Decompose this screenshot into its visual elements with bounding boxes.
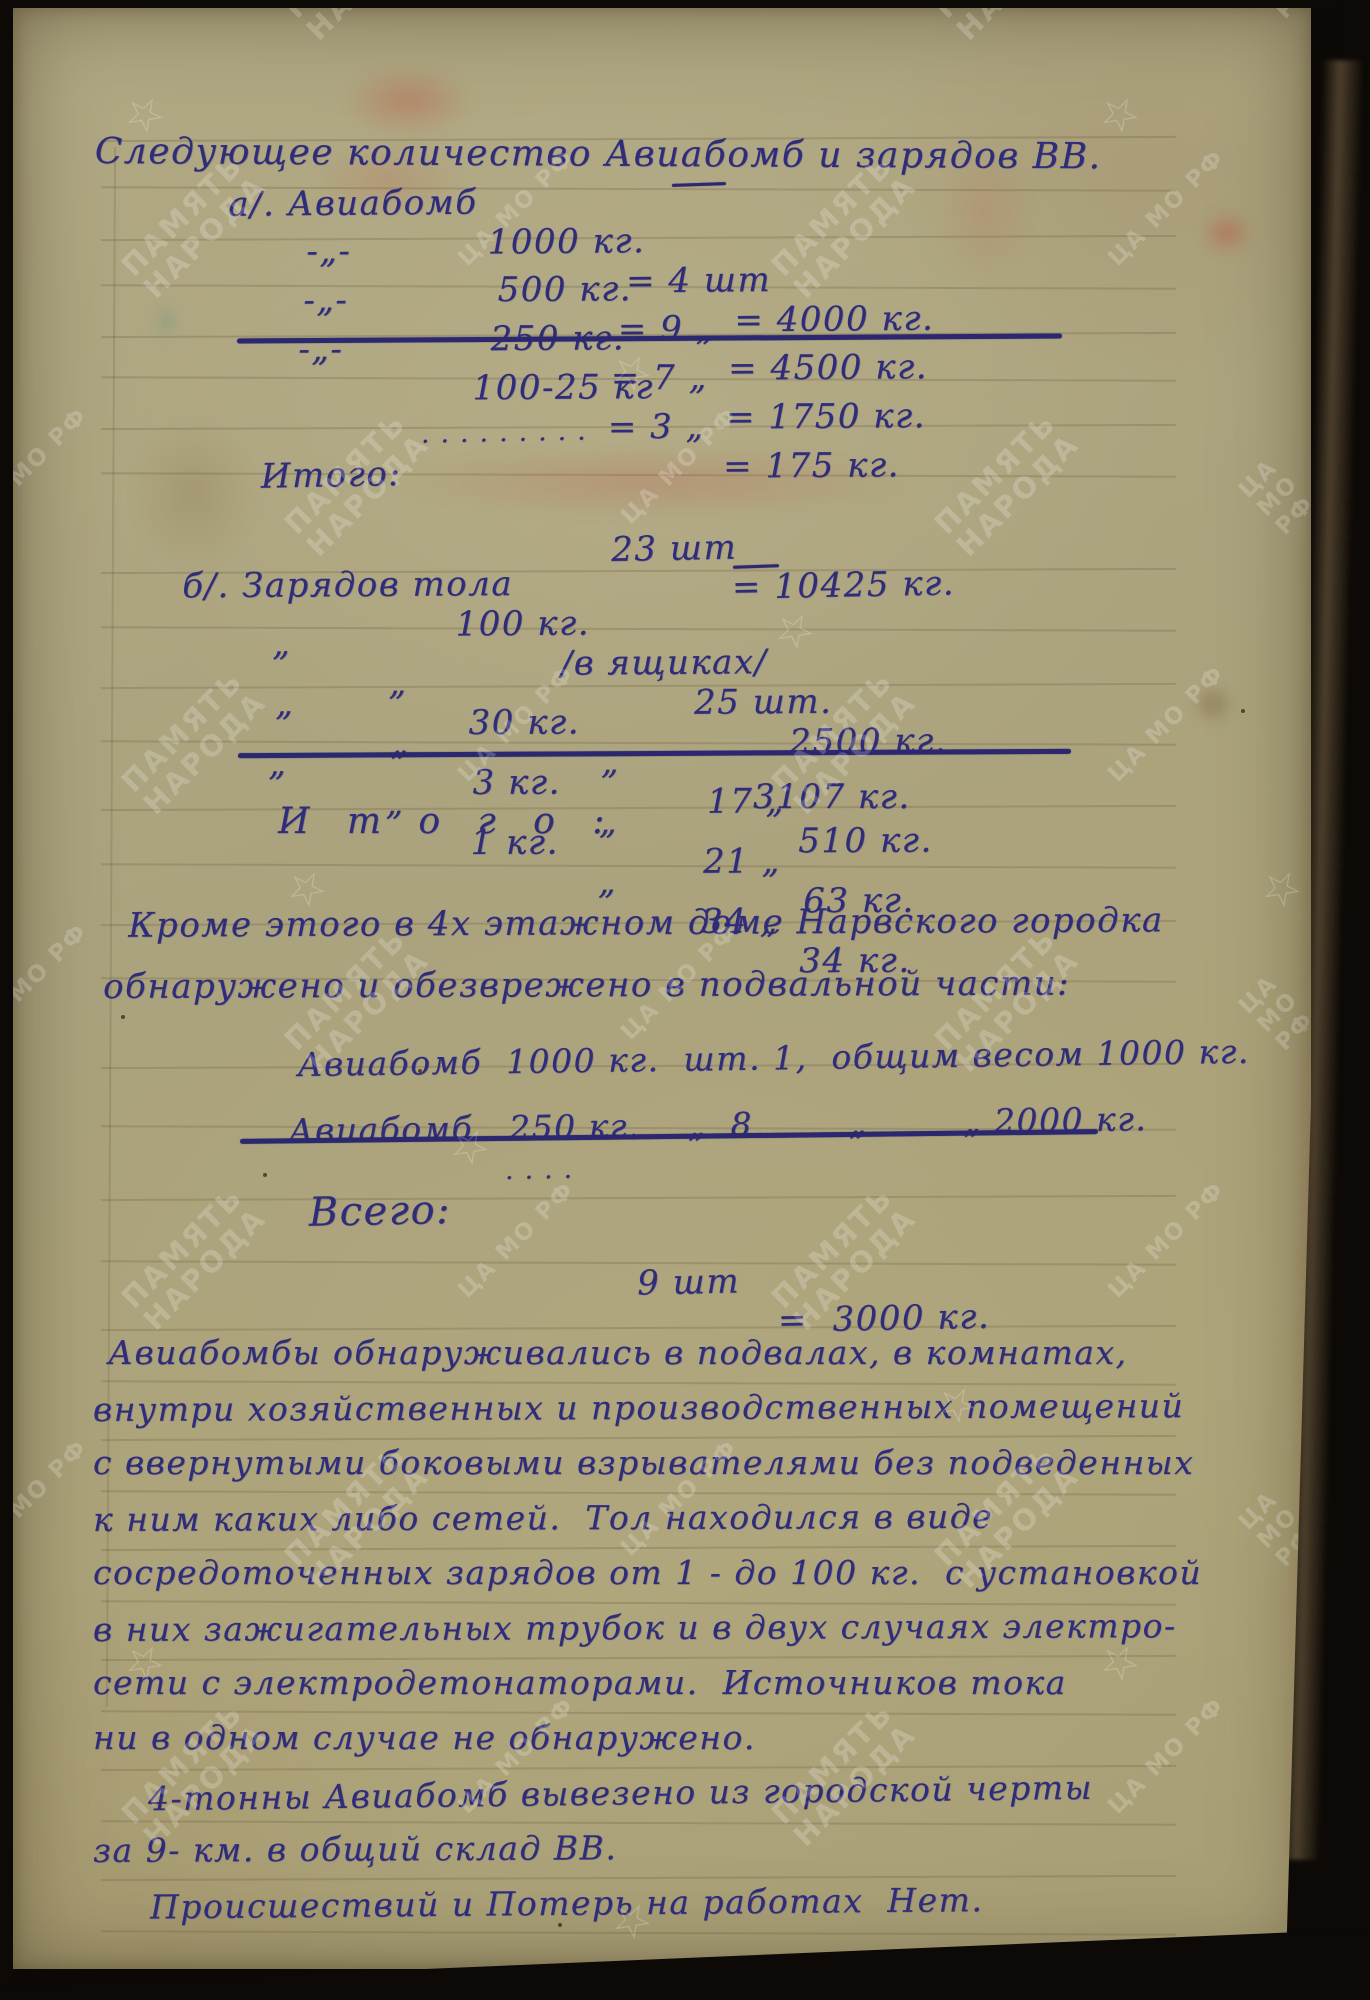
body-line: ни в одном случае не обнаружено.: [13, 1718, 1311, 1770]
note-line: Кроме этого в 4х этажном доме Нарвского …: [13, 860, 1311, 919]
watermark-pamyat-naroda: ПАМЯТЬ НАРОДА: [279, 7, 436, 47]
closing-line: за 9- км. в общий склад ВВ.: [13, 1825, 1311, 1884]
closing-line: Происшествий и Потерь на работах Нет.: [13, 1877, 1311, 1940]
body-text: ни в одном случае не обнаружено.: [93, 1718, 756, 1757]
body-line: сети с электродетонаторами. Источников т…: [13, 1663, 1311, 1715]
total-weight: 3107 кг.: [753, 777, 911, 817]
watermark-pamyat-naroda: ПАМЯТЬ НАРОДА: [929, 7, 1086, 47]
charges-row: „ „ 1 кг. „ 34 „ 34 кг.: [13, 699, 1311, 758]
ruled-line: [101, 1325, 1176, 1331]
section-b-total: И т о г о : 3107 кг.: [13, 761, 1311, 813]
body-line: Авиабомбы обнаруживались в подвалах, в к…: [13, 1333, 1311, 1385]
total-count: 9 шт: [637, 1262, 741, 1304]
scan-edge-top: [0, 0, 1370, 8]
scan-background: ЦА МО РФ☆ПАМЯТЬ НАРОДАЦА МО РФПАМЯТЬ НАР…: [0, 0, 1370, 2000]
body-text: в них зажигательных трубок и в двух случ…: [93, 1606, 1177, 1649]
closing-text: Происшествий и Потерь на работах Нет.: [150, 1880, 984, 1926]
body-line: сосредоточенных зарядов от 1 - до 100 кг…: [13, 1553, 1311, 1605]
bombs-row: -„- 100-25 кг = 3 „ = 175 кг.: [13, 282, 1311, 343]
total-label: Итого:: [260, 454, 401, 497]
watermark-tsamo: ЦА МО РФ: [1234, 7, 1311, 24]
found-row: Авиабомб 250 кг. „ 8 „ „ 2000 кг.: [13, 1058, 1311, 1128]
charges-row: „ „ 3 кг. „ 21 „ 63 кг.: [13, 639, 1311, 698]
closing-text: за 9- км. в общий склад ВВ.: [93, 1828, 618, 1870]
document-page: ЦА МО РФ☆ПАМЯТЬ НАРОДАЦА МО РФПАМЯТЬ НАР…: [13, 7, 1311, 1969]
body-line: с ввернутыми боковыми взрывателями без п…: [13, 1443, 1311, 1495]
dot-leaders: . . . .: [505, 1155, 574, 1186]
body-text: Авиабомбы обнаруживались в подвалах, в к…: [108, 1333, 1128, 1372]
scan-edge-left: [0, 0, 13, 2000]
row-total: = 4500 кг.: [728, 347, 928, 388]
body-text: сосредоточенных зарядов от 1 - до 100 кг…: [93, 1553, 1202, 1592]
body-text: к ним каких либо сетей. Тол находился в …: [93, 1497, 993, 1539]
body-line: к ним каких либо сетей. Тол находился в …: [13, 1496, 1311, 1553]
charges-row: „ „ 30 кг. „ 17 „ 510 кг.: [13, 579, 1311, 638]
dot-leaders: . . . . . . . . .: [421, 416, 588, 449]
body-line: внутри хозяйственных и производственных …: [13, 1386, 1311, 1443]
body-text: сети с электродетонаторами. Источников т…: [93, 1663, 1067, 1702]
closing-text: 4-тонны Авиабомб вывезено из городской ч…: [148, 1768, 1093, 1819]
row-weight: 100-25 кг: [472, 367, 654, 408]
row-item: -„-: [298, 329, 343, 369]
charges-row: б/. Зарядов тола 100 кг. /в ящиках/ 25 ш…: [13, 518, 1311, 579]
body-text: внутри хозяйственных и производственных …: [93, 1386, 1184, 1429]
body-line: в них зажигательных трубок и в двух случ…: [13, 1606, 1311, 1663]
row-total: 510 кг.: [798, 821, 933, 862]
total-label: И т о г о :: [278, 801, 617, 842]
note-line: обнаружено и обезврежено в подвальной ча…: [13, 923, 1311, 980]
total-label: Всего:: [308, 1187, 451, 1236]
body-text: с ввернутыми боковыми взрывателями без п…: [93, 1443, 1194, 1482]
